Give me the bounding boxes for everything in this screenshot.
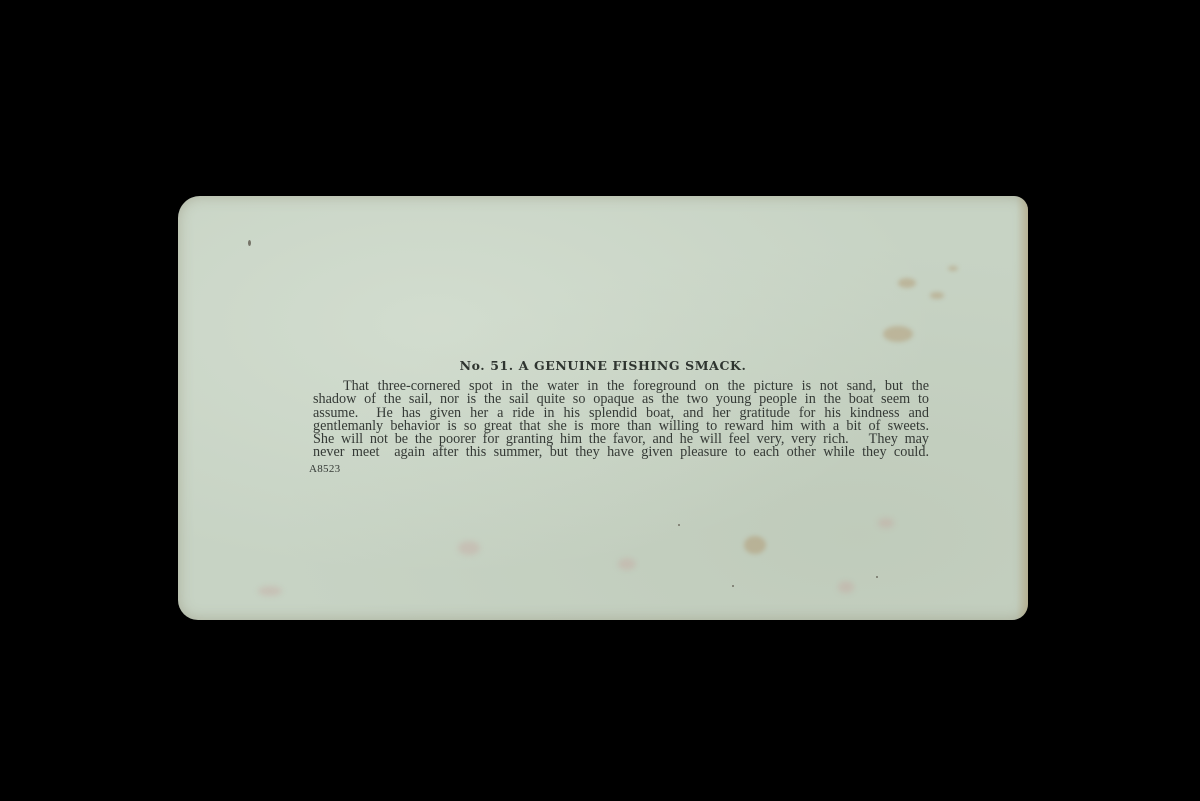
stain: [948, 266, 958, 271]
stain: [878, 518, 894, 528]
card-description: That three-cornered spot in the water in…: [283, 380, 929, 460]
stain: [883, 326, 913, 342]
stain: [732, 585, 734, 587]
stain: [930, 292, 944, 299]
catalog-number: A8523: [309, 463, 340, 475]
stain: [898, 278, 916, 288]
stain: [744, 536, 766, 554]
stain: [678, 524, 680, 526]
stain: [258, 586, 282, 596]
stain: [876, 576, 878, 578]
stain: [248, 240, 251, 246]
stain: [458, 541, 480, 555]
stain: [618, 558, 636, 570]
description-line: never meet again after this summer, but …: [283, 446, 929, 459]
card-title: No. 51. A GENUINE FISHING SMACK.: [178, 358, 1028, 373]
stain: [838, 581, 854, 593]
stereoview-card-back: No. 51. A GENUINE FISHING SMACK. That th…: [178, 196, 1028, 620]
